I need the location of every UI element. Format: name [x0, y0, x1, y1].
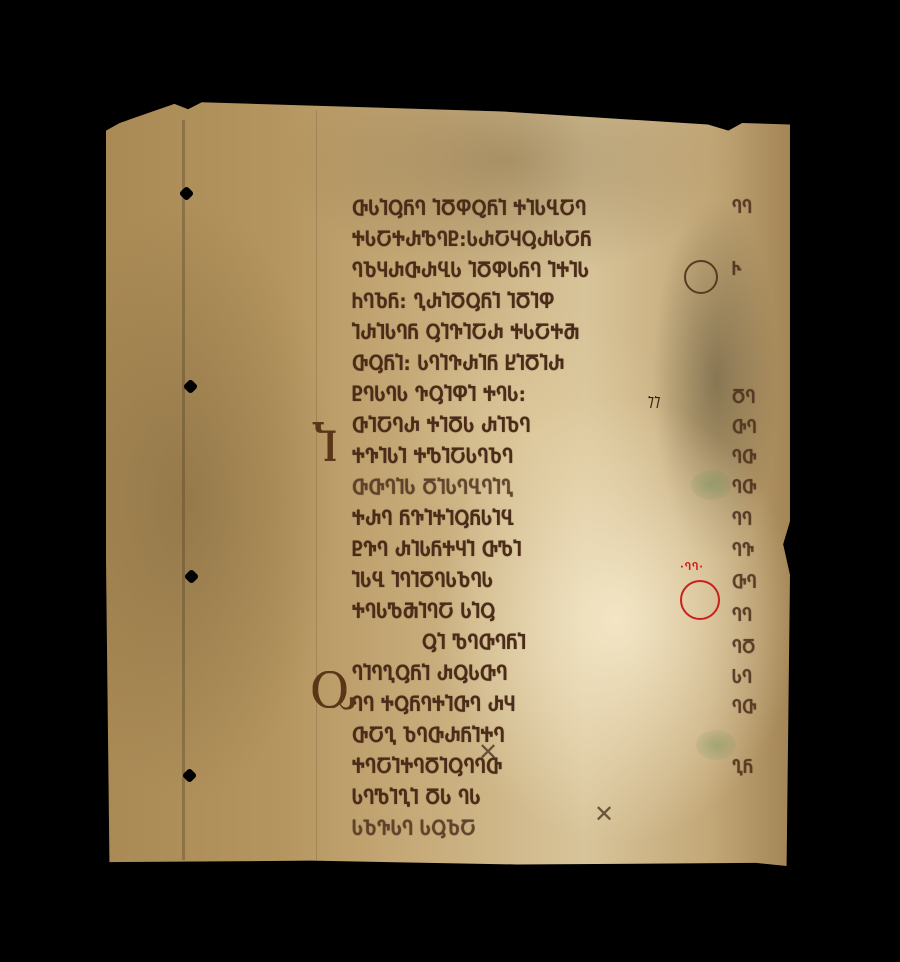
ink-stain [691, 470, 731, 500]
text-line: ႵႤႱႪႫႨႤႠ ႱႨႳ [352, 601, 496, 623]
text-line: ႧႳႬႨ: ႱႤႨႥႰႨႬ ႾႨႣႨႰ [352, 353, 565, 375]
marginal-circle-mark [684, 260, 718, 294]
rubric-text: ·ႤႤ· [680, 562, 704, 573]
binding-fold [182, 120, 185, 860]
margin-line: ႤႥ [732, 541, 755, 561]
text-line: ႧႱႨႳႬႤ ႨႣႴႭႬႨ ႵႨႱႡႠႤ [352, 198, 586, 220]
text-line: ႵႥႨႱႨ ႵႪႨႠႱႤႦႤ [352, 446, 513, 468]
ruling-vertical [316, 110, 317, 860]
x-mark: ✕ [594, 800, 614, 828]
text-line: ႹႤႦႬ: ႢႰႨႣႳႬႨ ႨႣႨႴ [352, 291, 555, 313]
marginal-annotation: ႨႨ [646, 396, 659, 412]
text-line: ႵႱႠႵႰႪႤႲ:ႱႰႠႷႳႰႱႠႬ [352, 229, 592, 251]
margin-line: ႧႤ [732, 573, 757, 593]
text-line: ႲႤႱႤႱ ႥႳႨႴႨ ႵႤႱ: [352, 384, 526, 406]
margin-line: ႤႤ [732, 198, 752, 218]
sewing-hole [183, 379, 199, 395]
text-line: ႤႦႷႰႧႰႡႱ ႨႣႴႱႬႤ ႨႵႨႱ [352, 260, 589, 282]
text-line: ႧႧႤႨႱ ႣႨႱႤႡႤႨႢ [352, 477, 513, 499]
decorated-initial: Ⴍ [310, 668, 357, 719]
margin-line: ႣႤ [732, 388, 756, 408]
text-line: ႳႨ ႪႤႧႤႬႨ [422, 632, 526, 654]
manuscript-folio: ႧႱႨႳႬႤ ႨႣႴႭႬႨ ႵႨႱႡႠႤ ႵႱႠႵႰႪႤႲ:ႱႰႠႷႳႰႱႠႬ … [106, 100, 790, 866]
rubric-circle-mark [680, 580, 720, 620]
text-line: ႧႨႠႤႰ ႵႨႣႱ ႰႨႦႤ [352, 415, 531, 437]
ink-stain [696, 730, 736, 760]
text-line: ႲႥႤ ႰႨႱႬႵႷႨ ႧႪႨ [352, 539, 522, 561]
text-line: ႨႱႡ ႨႤႨႣႤႱႦႤႱ [352, 570, 493, 592]
text-line: ႱႤႪႨႢႨ ႣႱ ႤႱ [352, 787, 481, 809]
sewing-hole [184, 569, 200, 585]
margin-line: ႢႬ [732, 758, 753, 778]
margin-line: ႤႤ [732, 510, 752, 530]
text-line: ႤႤ ႵႳႬႤႵႨႧႤ ႰႷ [352, 694, 515, 716]
margin-line: ႤႣ [732, 638, 756, 658]
text-line: ႵႰႤ ႬႥႨႵႨႳႬႱႨႡ [352, 508, 514, 530]
x-mark: ✕ [478, 738, 498, 766]
text-line: ႱႦႥႱႤ ႱႳႦႠ [352, 818, 476, 840]
margin-line: ႧႤ [732, 418, 757, 438]
decorated-initial: Ⴈ [312, 418, 338, 472]
margin-line: ႤႧ [732, 698, 757, 718]
margin-line: Ⴡ [732, 260, 742, 280]
margin-line: ႤႧ [732, 478, 757, 498]
margin-line: ႱႤ [732, 668, 752, 688]
margin-line: ႤႤ [732, 606, 752, 626]
text-line: ႨႰႨႱႤႬ ႳႨႥႨႠႰ ႵႱႠႵႫ [352, 322, 579, 344]
margin-line: ႤႧ [732, 448, 757, 468]
text-line: ႤႨႤႢႳႬႨ ႰႳႱႧႤ [352, 663, 508, 685]
